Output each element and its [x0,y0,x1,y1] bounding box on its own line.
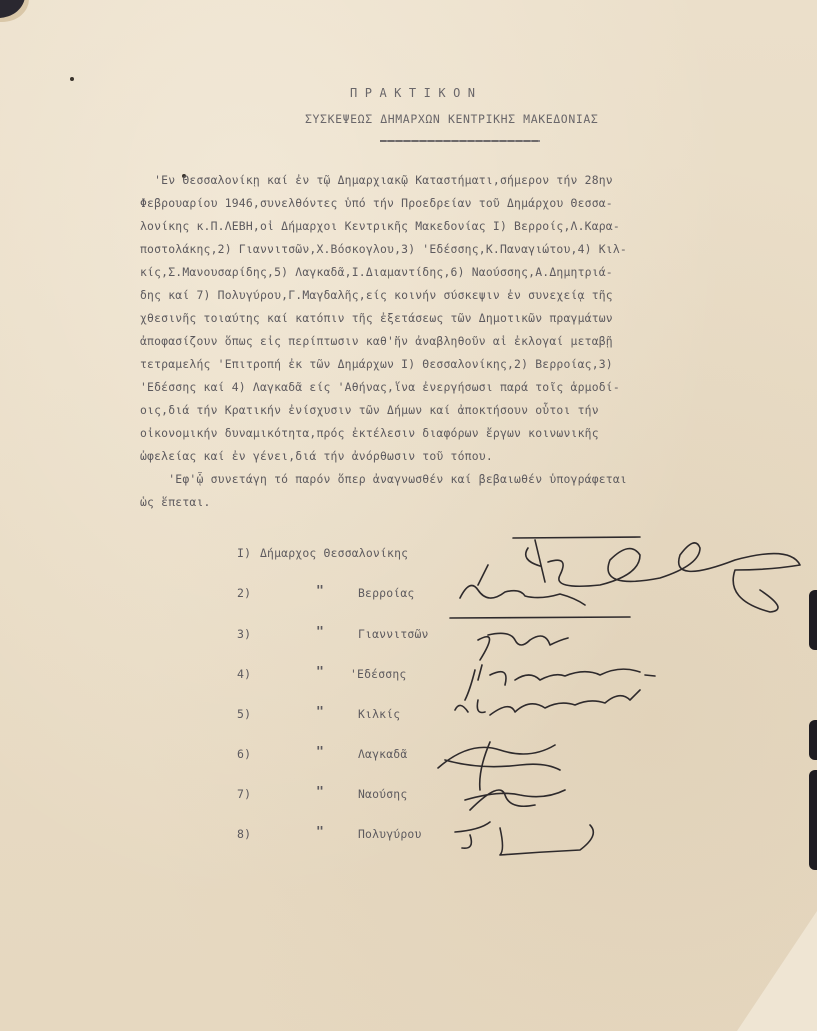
document-page: ΠΡΑΚΤΙΚΟΝ ΣΥΣΚΕΨΕΩΣ ΔΗΜΑΡΧΩΝ ΚΕΝΤΡΙΚΗΣ Μ… [0,0,817,1031]
handwritten-signatures [0,0,817,1031]
